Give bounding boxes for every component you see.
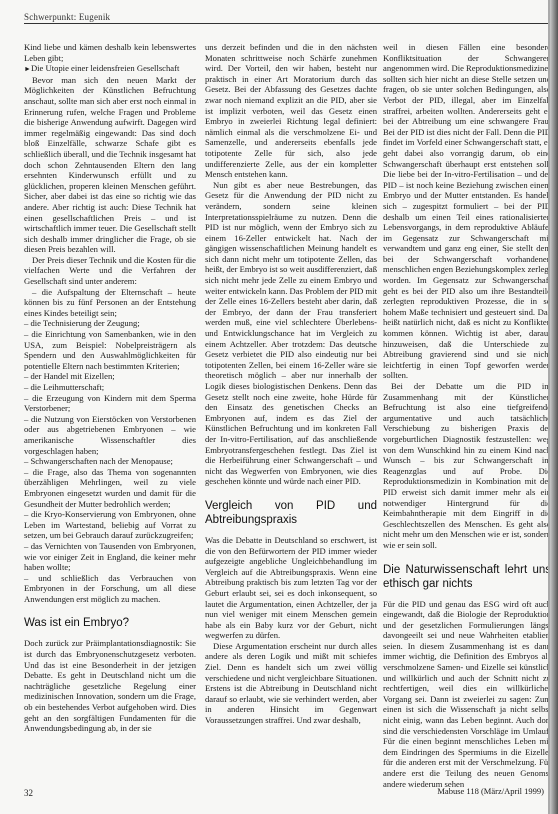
text-column-2: uns derzeit befinden und die in den näch… xyxy=(205,42,377,726)
paragraph: weil in diesen Fällen eine besondere Kon… xyxy=(383,42,551,381)
document-page: Schwerpunkt: Eugenik Kind liebe und käme… xyxy=(0,0,558,814)
list-item: – die Aufspaltung der Elternschaft – heu… xyxy=(24,287,196,319)
running-head: Schwerpunkt: Eugenik xyxy=(24,12,558,24)
publication-info: Mabuse 118 (März/April 1999) xyxy=(437,786,544,796)
paragraph: Bevor man sich den neuen Markt der Mögli… xyxy=(24,75,196,255)
paragraph: Für die PID und genau das ESG wird oft a… xyxy=(383,599,551,790)
section-heading: Was ist ein Embryo? xyxy=(24,616,196,630)
paragraph: Was die Debatte in Deutschland so erschw… xyxy=(205,535,377,641)
bullet-paragraph: Die Utopie einer leidensfreien Gesellsch… xyxy=(24,63,196,75)
paragraph: Der Preis dieser Technik und die Kosten … xyxy=(24,255,196,287)
paragraph: uns derzeit befinden und die in den näch… xyxy=(205,42,377,180)
section-heading: Vergleich von PID und Abtreibungspraxis xyxy=(205,499,377,527)
text-column-3: weil in diesen Fällen eine besondere Kon… xyxy=(383,42,551,789)
list-item: – die Nutzung von Eierstöcken von Versto… xyxy=(24,414,196,456)
paragraph: Doch zurück zur Präimplantationsdiagnost… xyxy=(24,638,196,733)
list-item: – das Vernichten von Tausenden von Embry… xyxy=(24,541,196,573)
paragraph: Nun gibt es aber neue Bestrebungen, das … xyxy=(205,180,377,487)
scan-shadow xyxy=(550,0,558,814)
list-item: – die Leihmutterschaft; xyxy=(24,382,196,393)
paragraph: Kind liebe und kämen deshalb kein lebens… xyxy=(24,42,196,63)
list-item: – und schließlich das Verbrauchen von Em… xyxy=(24,573,196,605)
text-column-1: Kind liebe und kämen deshalb kein lebens… xyxy=(24,42,196,734)
list-item: – die Kryo-Konservierung von Embryonen, … xyxy=(24,509,196,541)
section-heading: Die Naturwissenschaft lehrt uns ethisch … xyxy=(383,563,551,591)
list-item: – die Einrichtung von Samenbanken, wie i… xyxy=(24,329,196,371)
page-number: 32 xyxy=(24,788,33,798)
list-item: – die Frage, also das Thema von sogenann… xyxy=(24,467,196,509)
paragraph: Diese Argumentation erscheint nur durch … xyxy=(205,641,377,726)
paragraph: Bei der Debatte um die PID im Zusammenha… xyxy=(383,381,551,551)
list-item: – die Technisierung der Zeugung; xyxy=(24,318,196,329)
list-item: – Schwangerschaften nach der Menopause; xyxy=(24,456,196,467)
list-item: – die Erzeugung von Kindern mit dem Sper… xyxy=(24,393,196,414)
list-item: – der Handel mit Eizellen; xyxy=(24,371,196,382)
